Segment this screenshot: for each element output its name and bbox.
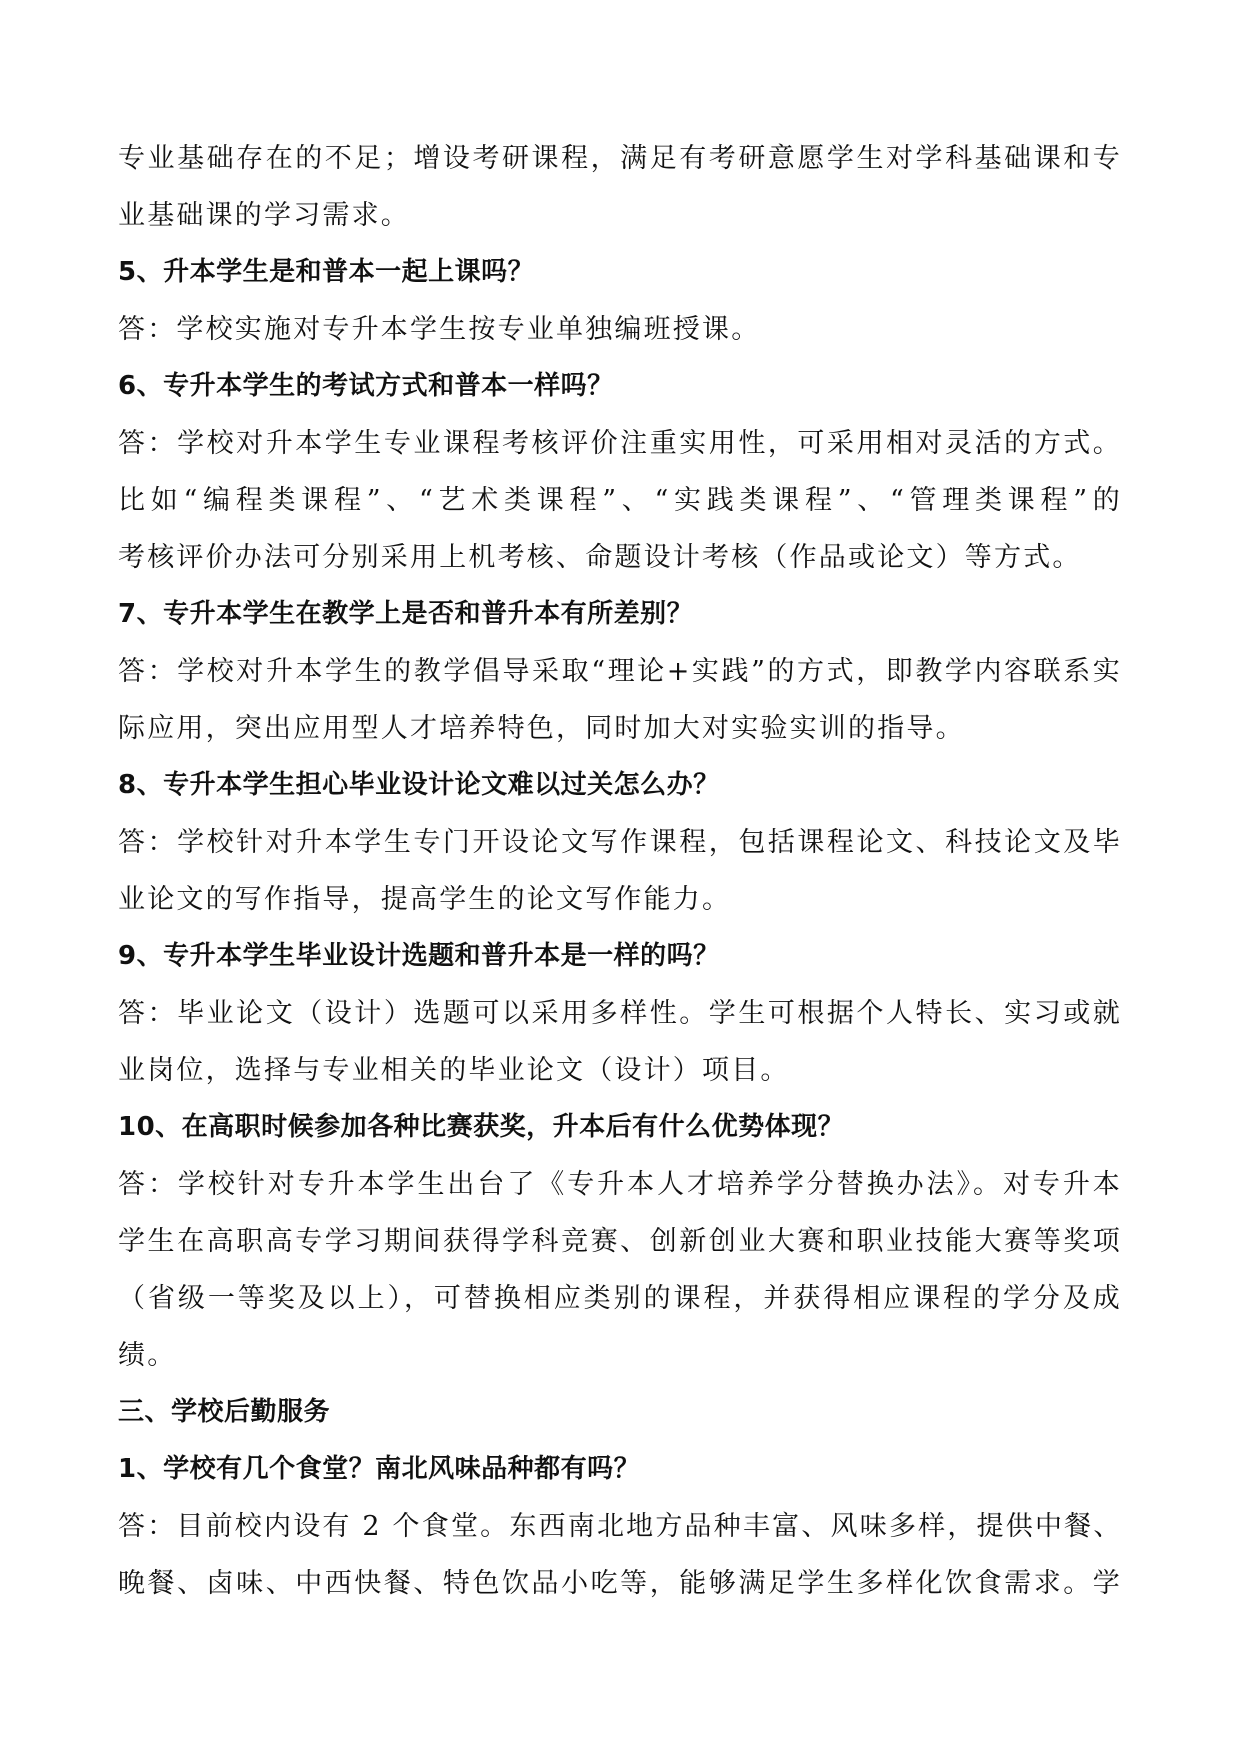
text-line: 绩。	[118, 1327, 1122, 1384]
question-10: 10、在高职时候参加各种比赛获奖，升本后有什么优势体现？	[118, 1099, 1122, 1156]
answer-5: 答：学校实施对专升本学生按专业单独编班授课。	[118, 301, 1122, 358]
text-line: 晚餐、卤味、中西快餐、特色饮品小吃等，能够满足学生多样化饮食需求。学	[118, 1555, 1122, 1612]
text-line: 答：学校针对专升本学生出台了《专升本人才培养学分替换办法》。对专升本	[118, 1156, 1122, 1213]
question-7: 7、专升本学生在教学上是否和普升本有所差别？	[118, 586, 1122, 643]
answer-10: 答：学校针对专升本学生出台了《专升本人才培养学分替换办法》。对专升本 学生在高职…	[118, 1156, 1122, 1384]
text-line: 答：学校针对升本学生专门开设论文写作课程，包括课程论文、科技论文及毕	[118, 814, 1122, 871]
question-6: 6、专升本学生的考试方式和普本一样吗？	[118, 358, 1122, 415]
text-line: 专业基础存在的不足；增设考研课程，满足有考研意愿学生对学科基础课和专	[118, 130, 1122, 187]
text-line: 比如“编程类课程”、“艺术类课程”、“实践类课程”、“管理类课程”的	[118, 472, 1122, 529]
text-line: 答：目前校内设有 2 个食堂。东西南北地方品种丰富、风味多样，提供中餐、	[118, 1498, 1122, 1555]
question-8: 8、专升本学生担心毕业设计论文难以过关怎么办？	[118, 757, 1122, 814]
text-line: 业岗位，选择与专业相关的毕业论文（设计）项目。	[118, 1042, 1122, 1099]
answer-7: 答：学校对升本学生的教学倡导采取“理论+实践”的方式，即教学内容联系实 际应用，…	[118, 643, 1122, 757]
text-line: 答：毕业论文（设计）选题可以采用多样性。学生可根据个人特长、实习或就	[118, 985, 1122, 1042]
question-logistics-1: 1、学校有几个食堂？南北风味品种都有吗？	[118, 1441, 1122, 1498]
section-heading-logistics: 三、学校后勤服务	[118, 1384, 1122, 1441]
answer-4-continuation: 专业基础存在的不足；增设考研课程，满足有考研意愿学生对学科基础课和专 业基础课的…	[118, 130, 1122, 244]
question-5: 5、升本学生是和普本一起上课吗？	[118, 244, 1122, 301]
text-line: 答：学校对升本学生专业课程考核评价注重实用性，可采用相对灵活的方式。	[118, 415, 1122, 472]
document-page: 专业基础存在的不足；增设考研课程，满足有考研意愿学生对学科基础课和专 业基础课的…	[118, 130, 1122, 1612]
answer-logistics-1: 答：目前校内设有 2 个食堂。东西南北地方品种丰富、风味多样，提供中餐、 晚餐、…	[118, 1498, 1122, 1612]
text-line: 业论文的写作指导，提高学生的论文写作能力。	[118, 871, 1122, 928]
text-line: 答：学校对升本学生的教学倡导采取“理论+实践”的方式，即教学内容联系实	[118, 643, 1122, 700]
answer-9: 答：毕业论文（设计）选题可以采用多样性。学生可根据个人特长、实习或就 业岗位，选…	[118, 985, 1122, 1099]
text-line: 答：学校实施对专升本学生按专业单独编班授课。	[118, 301, 1122, 358]
text-line: 考核评价办法可分别采用上机考核、命题设计考核（作品或论文）等方式。	[118, 529, 1122, 586]
text-line: 学生在高职高专学习期间获得学科竞赛、创新创业大赛和职业技能大赛等奖项	[118, 1213, 1122, 1270]
text-line: 际应用，突出应用型人才培养特色，同时加大对实验实训的指导。	[118, 700, 1122, 757]
answer-6: 答：学校对升本学生专业课程考核评价注重实用性，可采用相对灵活的方式。 比如“编程…	[118, 415, 1122, 586]
text-line: 业基础课的学习需求。	[118, 187, 1122, 244]
answer-8: 答：学校针对升本学生专门开设论文写作课程，包括课程论文、科技论文及毕 业论文的写…	[118, 814, 1122, 928]
text-line: （省级一等奖及以上），可替换相应类别的课程，并获得相应课程的学分及成	[118, 1270, 1122, 1327]
question-9: 9、专升本学生毕业设计选题和普升本是一样的吗？	[118, 928, 1122, 985]
